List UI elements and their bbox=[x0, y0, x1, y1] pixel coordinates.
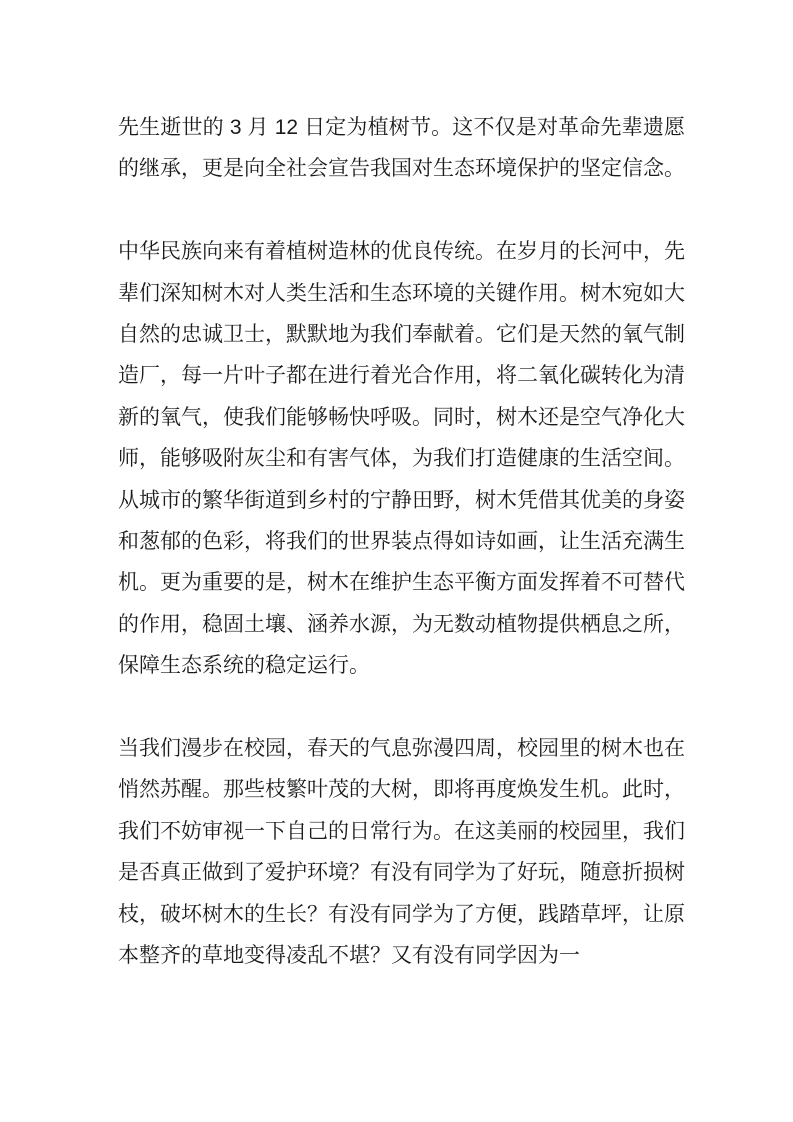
paragraph-1: 先生逝世的 3 月 12 日定为植树节。这不仅是对革命先辈遗愿的继承，更是向全社… bbox=[118, 107, 685, 190]
paragraph-3: 当我们漫步在校园，春天的气息弥漫四周，校园里的树木也在悄然苏醒。那些枝繁叶茂的大… bbox=[118, 728, 685, 976]
document-page: 先生逝世的 3 月 12 日定为植树节。这不仅是对革命先辈遗愿的继承，更是向全社… bbox=[0, 0, 793, 1122]
paragraph-2: 中华民族向来有着植树造林的优良传统。在岁月的长河中，先辈们深知树木对人类生活和生… bbox=[118, 231, 685, 686]
document-text-block: 先生逝世的 3 月 12 日定为植树节。这不仅是对革命先辈遗愿的继承，更是向全社… bbox=[118, 107, 685, 977]
